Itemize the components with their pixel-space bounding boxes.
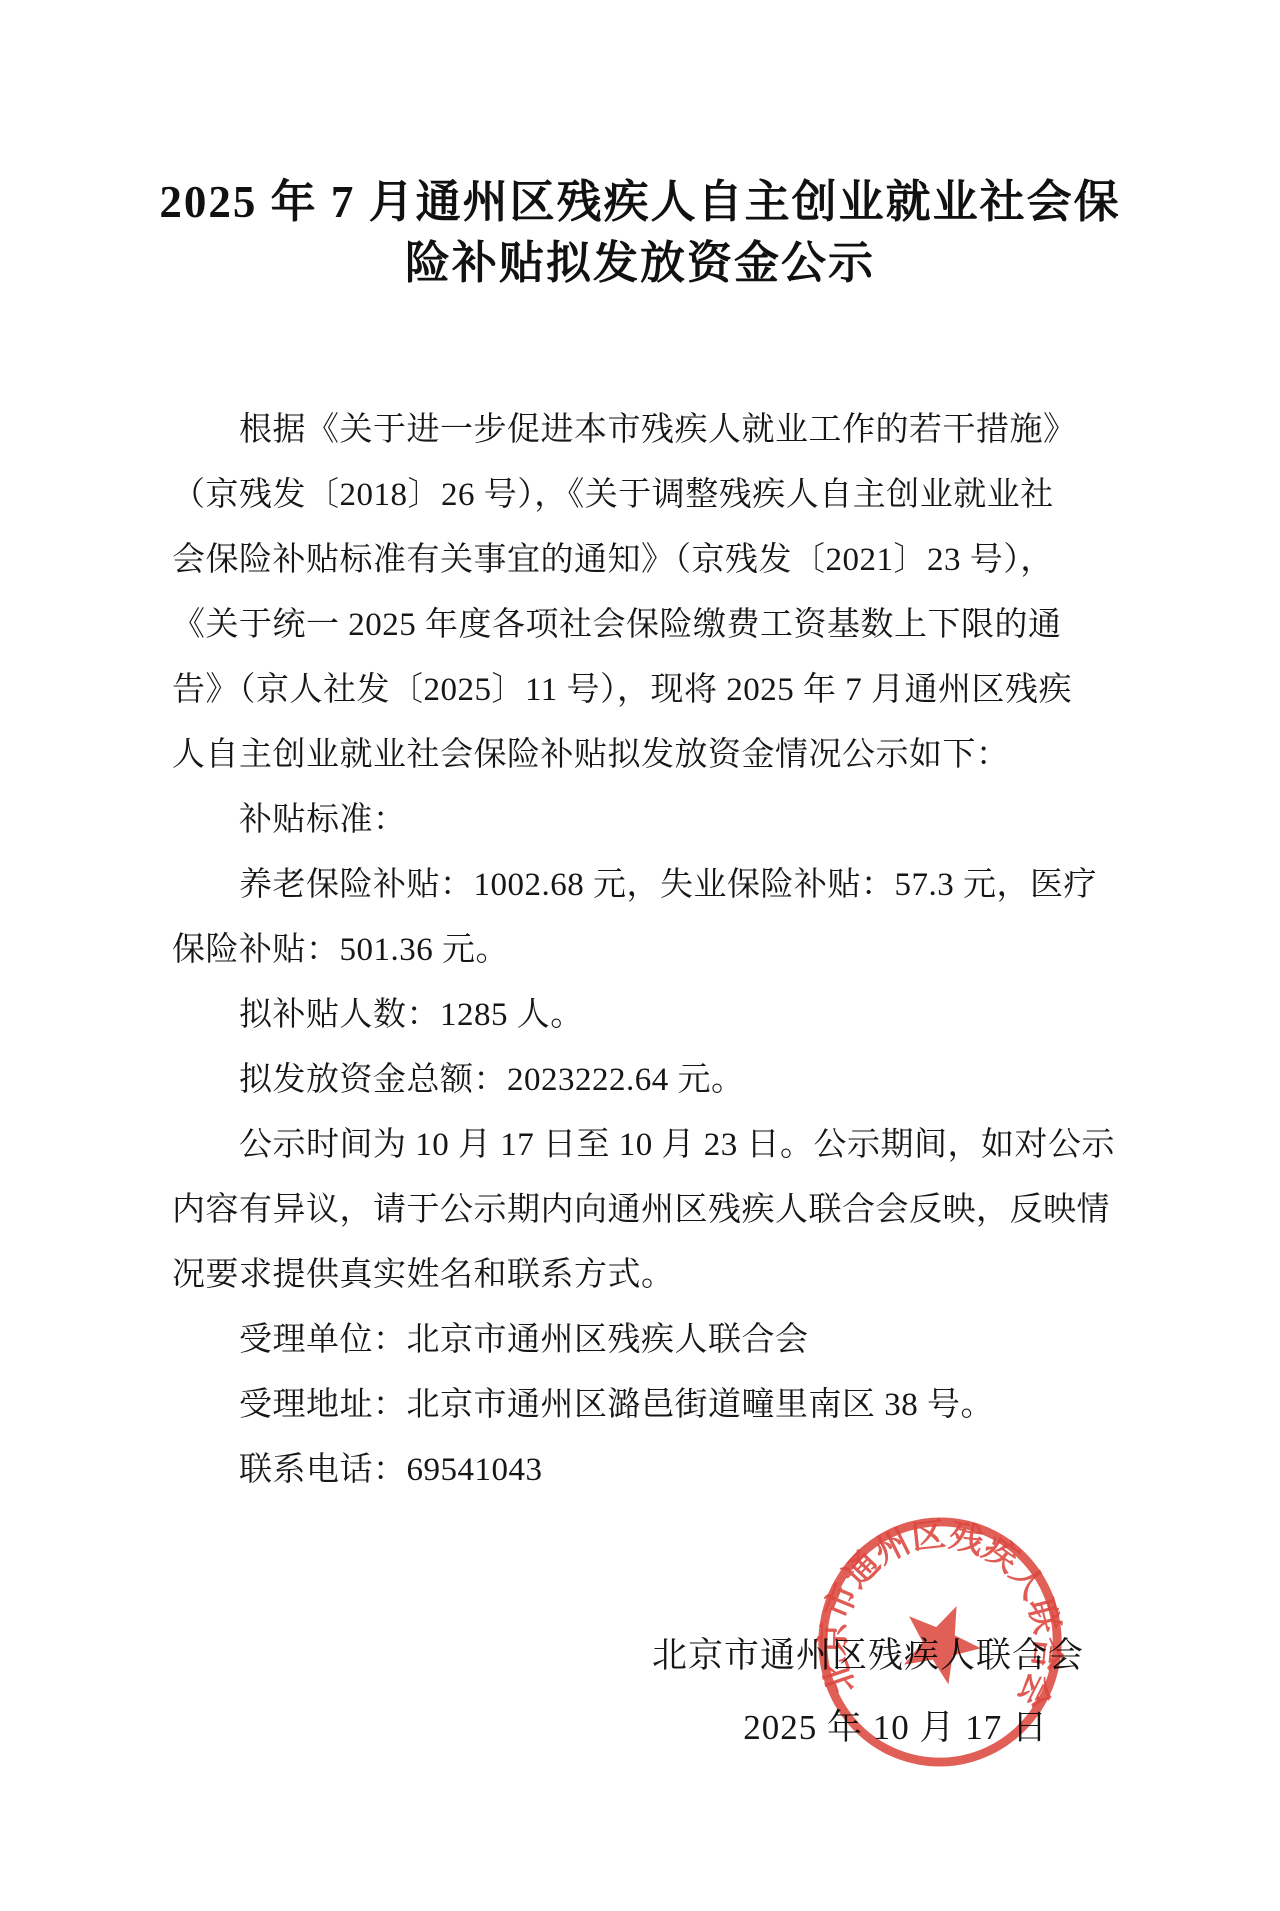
document-title-line1: 2025 年 7 月通州区残疾人自主创业就业社会保 <box>0 172 1280 233</box>
signature-block: 北京市通州区残疾人联合会 2025 年 10 月 17 日 <box>0 1623 1280 1761</box>
body-line: 人自主创业就业社会保险补贴拟发放资金情况公示如下： <box>172 723 1132 788</box>
body-line: 会保险补贴标准有关事宜的通知》（京残发〔2021〕23 号）， <box>172 528 1132 593</box>
signature-date: 2025 年 10 月 17 日 <box>0 1695 1280 1761</box>
body-line: 养老保险补贴：1002.68 元，失业保险补贴：57.3 元，医疗 <box>172 853 1132 918</box>
body-line: 况要求提供真实姓名和联系方式。 <box>172 1243 1132 1308</box>
body-line: 联系电话：69541043 <box>172 1438 1132 1503</box>
body-line: 保险补贴：501.36 元。 <box>172 918 1132 983</box>
document-title: 2025 年 7 月通州区残疾人自主创业就业社会保 险补贴拟发放资金公示 <box>0 0 1280 294</box>
body-line: 公示时间为 10 月 17 日至 10 月 23 日。公示期间，如对公示 <box>172 1113 1132 1178</box>
body-line: 根据《关于进一步促进本市残疾人就业工作的若干措施》 <box>172 398 1132 463</box>
body-line: 《关于统一 2025 年度各项社会保险缴费工资基数上下限的通 <box>172 593 1132 658</box>
document-title-line2: 险补贴拟发放资金公示 <box>0 233 1280 294</box>
document-body: 根据《关于进一步促进本市残疾人就业工作的若干措施》（京残发〔2018〕26 号）… <box>0 398 1280 1503</box>
document-page: 2025 年 7 月通州区残疾人自主创业就业社会保 险补贴拟发放资金公示 根据《… <box>0 0 1280 1911</box>
body-line: （京残发〔2018〕26 号），《关于调整残疾人自主创业就业社 <box>172 463 1132 528</box>
body-line: 受理地址：北京市通州区潞邑街道疃里南区 38 号。 <box>172 1373 1132 1438</box>
body-line: 补贴标准： <box>172 788 1132 853</box>
body-line: 内容有异议，请于公示期内向通州区残疾人联合会反映，反映情 <box>172 1178 1132 1243</box>
signature-organization: 北京市通州区残疾人联合会 <box>0 1623 1280 1689</box>
body-line: 拟补贴人数：1285 人。 <box>172 983 1132 1048</box>
body-line: 拟发放资金总额：2023222.64 元。 <box>172 1048 1132 1113</box>
body-line: 受理单位：北京市通州区残疾人联合会 <box>172 1308 1132 1373</box>
body-line: 告》（京人社发〔2025〕11 号），现将 2025 年 7 月通州区残疾 <box>172 658 1132 723</box>
